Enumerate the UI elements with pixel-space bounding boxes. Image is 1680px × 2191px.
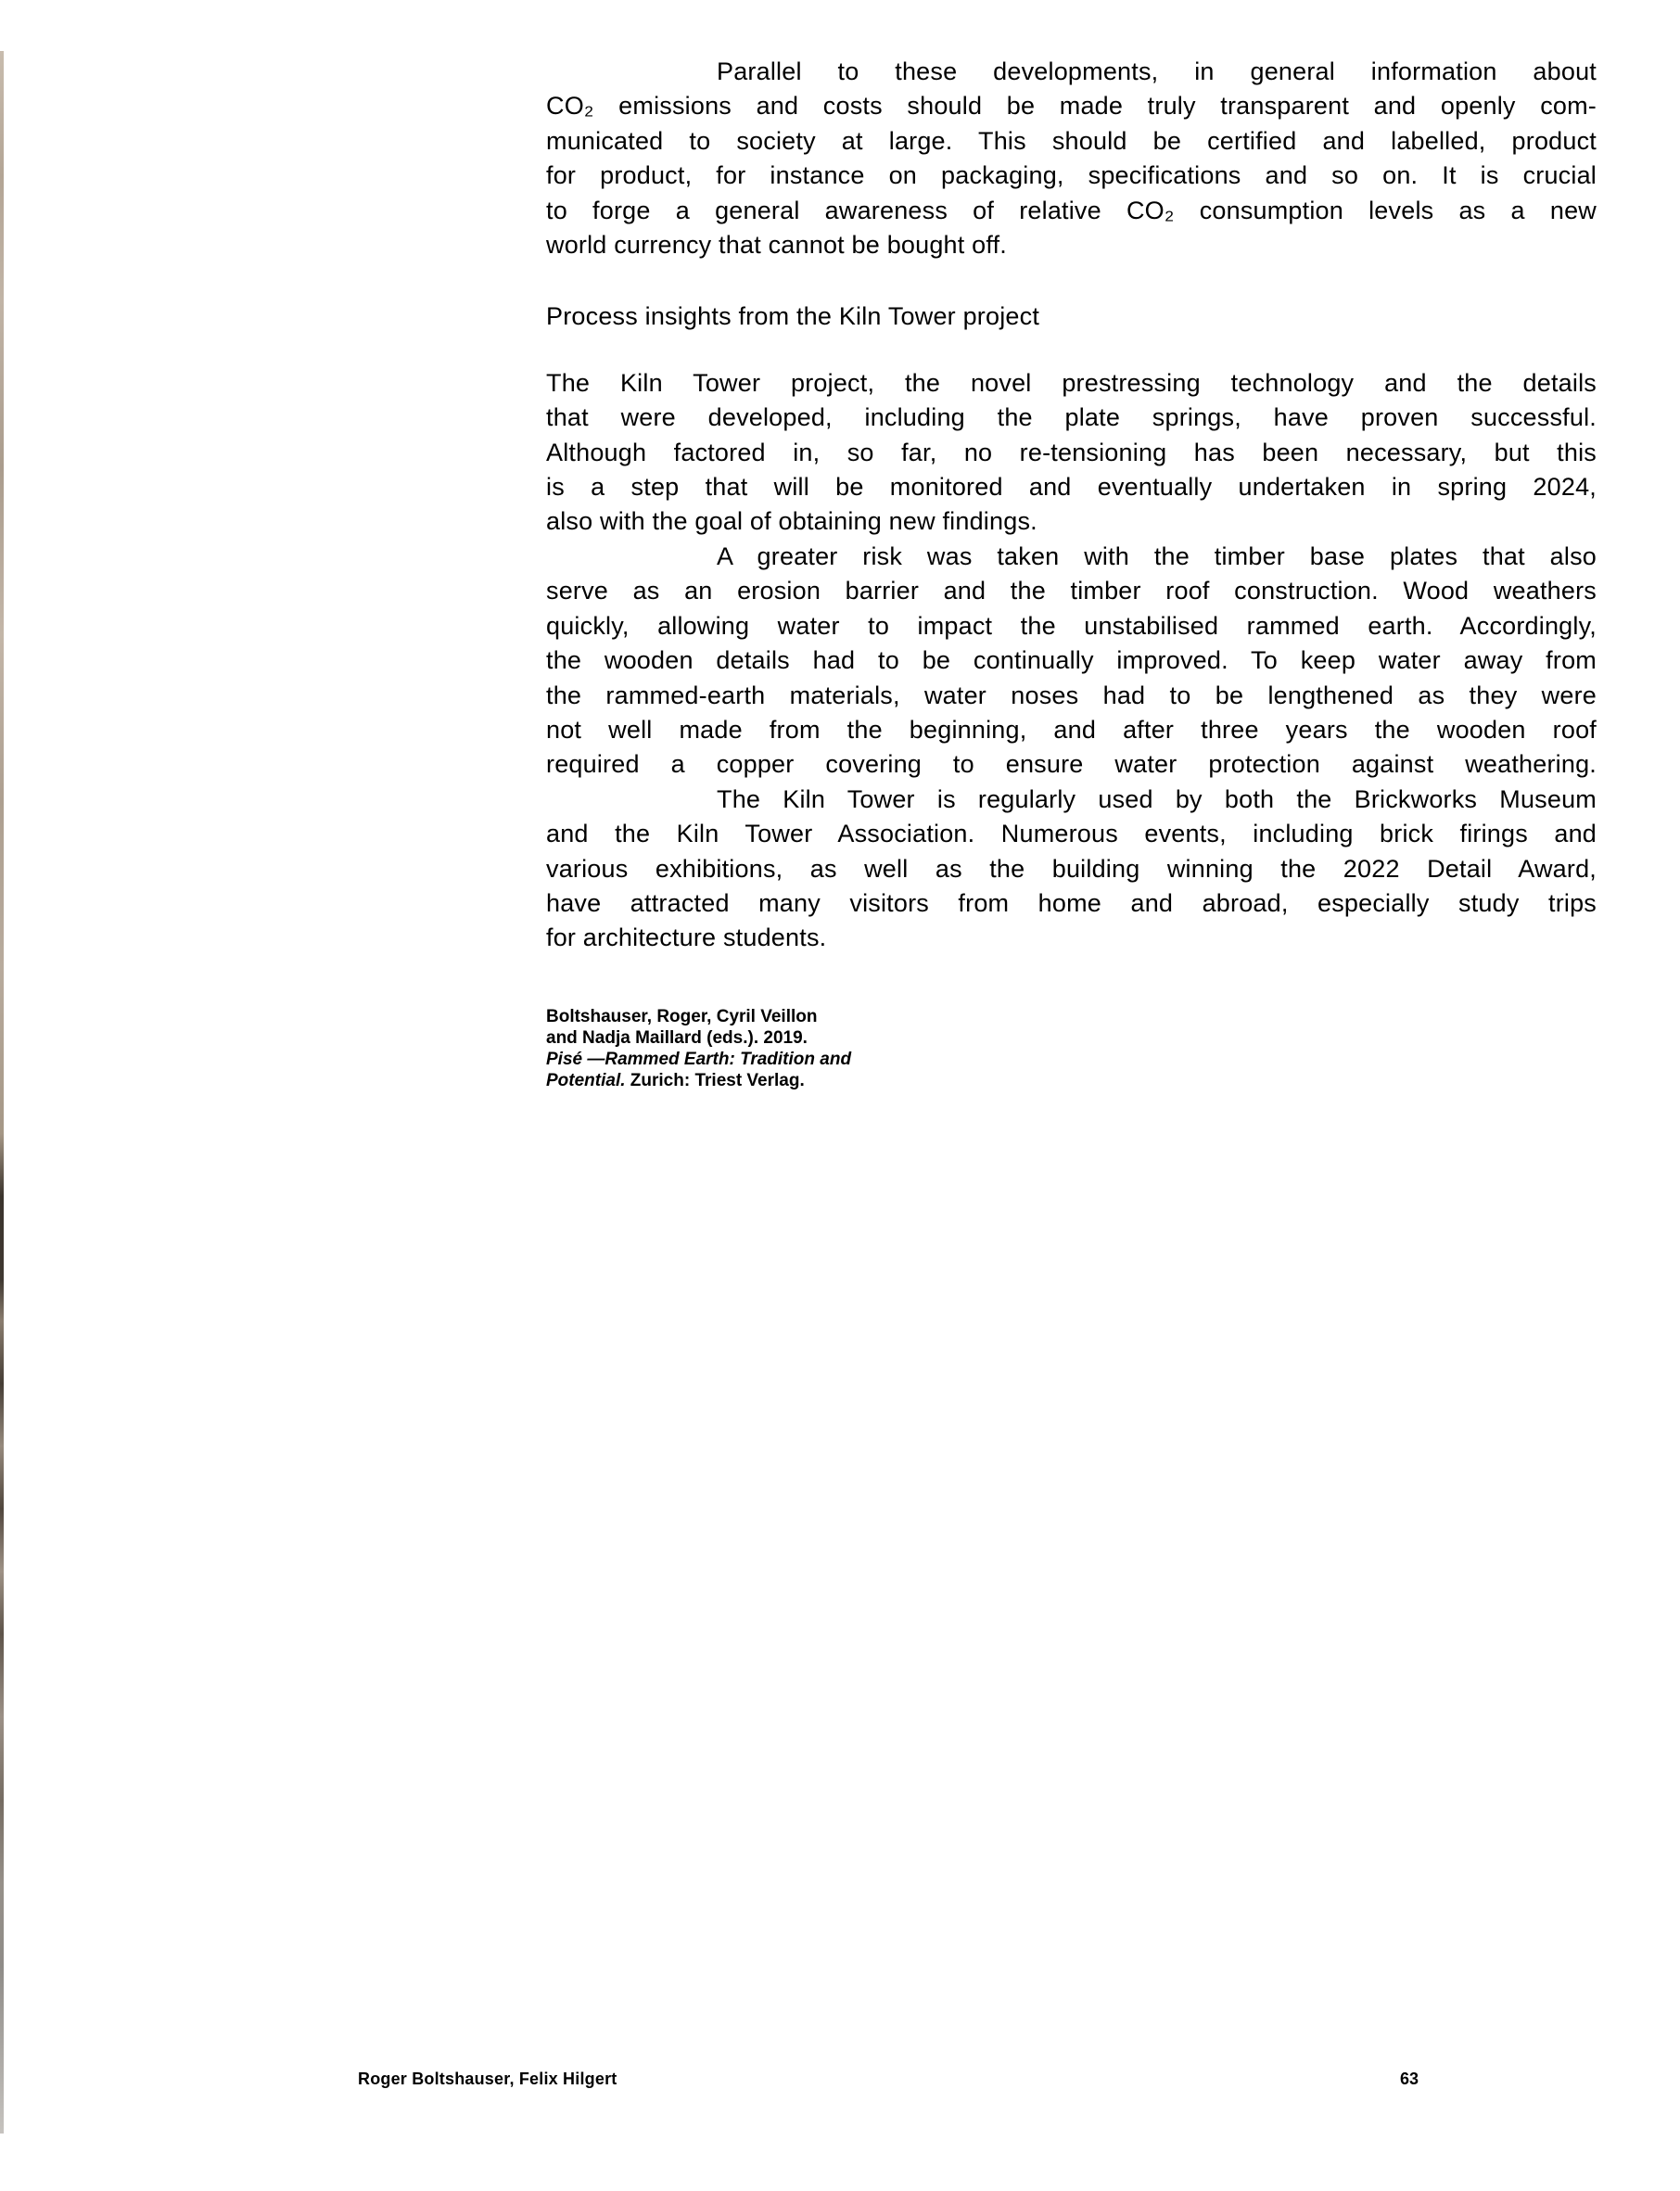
text-column: Parallel to these developments, in gener… bbox=[546, 55, 1597, 1091]
bibliography: Boltshauser, Roger, Cyril Veillon and Na… bbox=[546, 1006, 1121, 1091]
body-line: world currency that cannot be bought off… bbox=[546, 228, 1597, 262]
bibliography-line: Boltshauser, Roger, Cyril Veillon bbox=[546, 1006, 1121, 1027]
body-line: the wooden details had to be continually… bbox=[546, 643, 1597, 678]
body-line: required a copper covering to ensure wat… bbox=[546, 747, 1597, 782]
bibliography-line-title: Pisé —Rammed Earth: Tradition and bbox=[546, 1049, 1121, 1070]
body-line: CO₂ emissions and costs should be made t… bbox=[546, 89, 1597, 123]
body-line: Although factored in, so far, no re-tens… bbox=[546, 436, 1597, 470]
body-line: for product, for instance on packaging, … bbox=[546, 159, 1597, 193]
body-line: quickly, allowing water to impact the un… bbox=[546, 609, 1597, 643]
body-line: municated to society at large. This shou… bbox=[546, 124, 1597, 159]
body-line: A greater risk was taken with the timber… bbox=[546, 540, 1597, 574]
body-line: for architecture students. bbox=[546, 921, 1597, 955]
body-line: and the Kiln Tower Association. Numerous… bbox=[546, 817, 1597, 851]
body-line: various exhibitions, as well as the buil… bbox=[546, 852, 1597, 886]
body-line: Parallel to these developments, in gener… bbox=[546, 55, 1597, 89]
body-line: The Kiln Tower is regularly used by both… bbox=[546, 783, 1597, 817]
bibliography-line: Potential. Zurich: Triest Verlag. bbox=[546, 1070, 1121, 1091]
section-heading: Process insights from the Kiln Tower pro… bbox=[546, 299, 1597, 334]
body-line: The Kiln Tower project, the novel prestr… bbox=[546, 366, 1597, 401]
body-line: also with the goal of obtaining new find… bbox=[546, 504, 1597, 539]
bibliography-title-end: Potential. bbox=[546, 1071, 626, 1090]
body-line: is a step that will be monitored and eve… bbox=[546, 470, 1597, 504]
body-line: to forge a general awareness of relative… bbox=[546, 194, 1597, 228]
body-line: have attracted many visitors from home a… bbox=[546, 886, 1597, 921]
body-line: serve as an erosion barrier and the timb… bbox=[546, 574, 1597, 608]
body-line: not well made from the beginning, and af… bbox=[546, 713, 1597, 747]
page-number: 63 bbox=[1400, 2069, 1419, 2089]
body-line: the rammed-earth materials, water noses … bbox=[546, 679, 1597, 713]
footer-author: Roger Boltshauser, Felix Hilgert bbox=[358, 2069, 617, 2089]
scanned-page-edge bbox=[0, 51, 4, 2134]
paragraph-intro: Parallel to these developments, in gener… bbox=[546, 55, 1597, 262]
book-page: Parallel to these developments, in gener… bbox=[0, 0, 1680, 2191]
bibliography-publisher: Zurich: Triest Verlag. bbox=[626, 1071, 805, 1090]
bibliography-line: and Nadja Maillard (eds.). 2019. bbox=[546, 1027, 1121, 1049]
paragraph-group: The Kiln Tower project, the novel prestr… bbox=[546, 366, 1597, 956]
body-line: that were developed, including the plate… bbox=[546, 401, 1597, 435]
